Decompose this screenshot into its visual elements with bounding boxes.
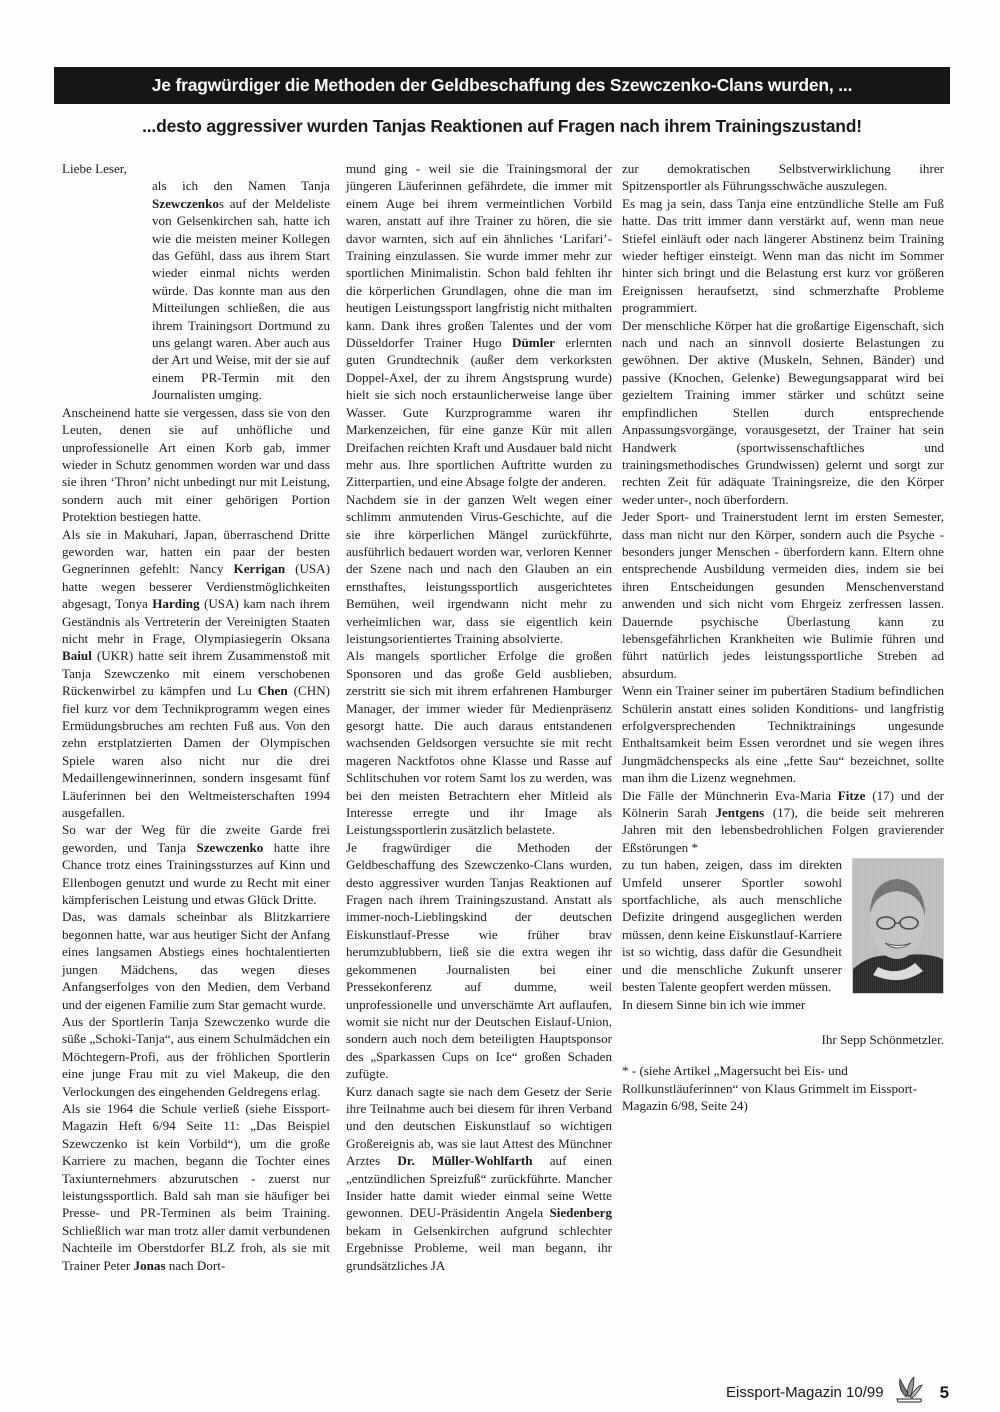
headline: Je fragwürdiger die Methoden der Geldbes… [152, 75, 852, 96]
paragraph: Wenn ein Trainer seiner im pubertären St… [622, 682, 944, 786]
skate-leaf-logo-icon [894, 1377, 924, 1408]
paragraph: Die Fälle der Münchnerin Eva-Maria Fitze… [622, 787, 944, 857]
headline-bar: Je fragwürdiger die Methoden der Geldbes… [54, 67, 950, 104]
bold-name: Baiul [62, 648, 92, 663]
article-column-2: mund ging - weil sie die Trainingsmoral … [346, 160, 612, 1274]
bold-name: Jentgens [715, 805, 764, 820]
paragraph: zur demokratischen Selbstverwirklichung … [622, 160, 944, 195]
footnote: * - (siehe Artikel „Magersucht bei Eis- … [622, 1062, 944, 1114]
bold-name: Chen [258, 683, 288, 698]
paragraph: Kurz danach sagte sie nach dem Gesetz de… [346, 1083, 612, 1274]
subheadline: ...desto aggressiver wurden Tanjas Reakt… [54, 116, 950, 137]
column-3-body: zur demokratischen Selbstverwirklichung … [622, 160, 944, 856]
paragraph: mund ging - weil sie die Trainingsmoral … [346, 160, 612, 491]
bold-name: Harding [152, 596, 199, 611]
page-number: 5 [940, 1383, 949, 1403]
signature: Ihr Sepp Schönmetzler. [622, 1031, 944, 1048]
bold-name: Siedenberg [549, 1205, 612, 1220]
paragraph: Als sie 1964 die Schule verließ (siehe E… [62, 1100, 330, 1274]
portrait-image-icon [853, 859, 943, 993]
paragraph: Es mag ja sein, dass Tanja eine entzündl… [622, 195, 944, 317]
paragraph: So war der Weg für die zweite Garde frei… [62, 821, 330, 908]
paragraph: Das, was damals scheinbar als Blitzkarri… [62, 908, 330, 1012]
salutation: Liebe Leser, [62, 160, 330, 177]
paragraph: Aus der Sportlerin Tanja Szewczenko wurd… [62, 1013, 330, 1100]
paragraph: Der menschliche Körper hat die großartig… [622, 317, 944, 508]
paragraph: Als mangels sportlicher Erfolge die groß… [346, 647, 612, 838]
bold-name: Kerrigan [234, 561, 286, 576]
bold-name: Fitze [838, 788, 866, 803]
bold-name: Szewczenko [196, 840, 263, 855]
article-column-3: zur demokratischen Selbstverwirklichung … [622, 160, 944, 1115]
bold-name: Dr. Müller-Wohlfarth [397, 1153, 532, 1168]
paragraph: als ich den Namen Tanja Szewczenkos auf … [62, 177, 330, 403]
paragraph: Jeder Sport- und Trainerstudent lernt im… [622, 508, 944, 682]
column-1-body: als ich den Namen Tanja Szewczenkos auf … [62, 177, 330, 1274]
paragraph: Je fragwürdiger die Methoden der Geldbes… [346, 839, 612, 1083]
bold-name: Dümler [512, 335, 555, 350]
paragraph: Als sie in Makuhari, Japan, überraschend… [62, 526, 330, 822]
paragraph: Anscheinend hatte sie vergessen, dass si… [62, 404, 330, 526]
author-photo [852, 858, 944, 994]
column-2-body: mund ging - weil sie die Trainingsmoral … [346, 160, 612, 1274]
magazine-issue: Eissport-Magazin 10/99 [726, 1384, 884, 1401]
article-column-1: Liebe Leser, als ich den Namen Tanja Sze… [62, 160, 330, 1274]
bold-name: Szewczenko [152, 196, 219, 211]
bold-name: Jonas [134, 1258, 166, 1273]
closing-line: In diesem Sinne bin ich wie immer [622, 996, 944, 1013]
page-footer: Eissport-Magazin 10/99 5 [726, 1377, 949, 1408]
photo-wrap-area: zu tun haben, zeigen, dass im direkten U… [622, 856, 944, 1114]
paragraph: Nachdem sie in der ganzen Welt wegen ein… [346, 491, 612, 648]
